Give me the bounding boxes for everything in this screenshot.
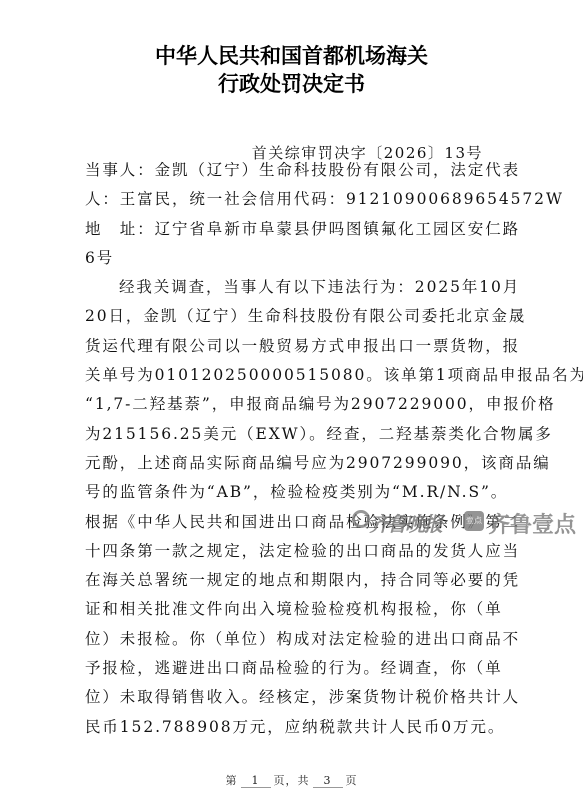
body-line: 经我关调查，当事人有以下违法行为：2025年10月 [85,273,489,302]
footer-prefix: 第 [226,774,238,787]
footer-suffix: 页 [346,774,358,787]
party-line-1: 当事人：金凯（辽宁）生命科技股份有限公司，法定代表 [85,156,489,185]
body-line: 十四条第一款之规定，法定检验的出口商品的发货人应当 [85,537,489,566]
address-line-2: 6号 [85,244,489,273]
body-line: 位）未报检。你（单位）构成对法定检验的进出口商品不 [85,625,489,654]
document-body: 当事人：金凯（辽宁）生命科技股份有限公司，法定代表 人：王富民，统一社会信用代码… [85,156,489,742]
party-line-2: 人：王富民，统一社会信用代码：91210900689654572W [85,185,489,214]
body-line: 证和相关批准文件向出入境检验检疫机构报检，你（单 [85,595,489,624]
body-line: 为215156.25美元（EXW）。经查，二羟基萘类化合物属多 [85,420,489,449]
page-footer: 第1页，共3页 [0,772,583,788]
document-title-line2: 行政处罚决定书 [0,68,583,98]
body-line: 民币152.788908万元，应纳税款共计人民币0万元。 [85,713,489,742]
body-line: 20日，金凯（辽宁）生命科技股份有限公司委托北京金晟 [85,302,489,331]
document-title-line1: 中华人民共和国首都机场海关 [0,40,583,70]
body-line: “1,7-二羟基萘”，申报商品编号为2907229000，申报价格 [85,390,489,419]
body-line: 位）未取得销售收入。经核定，涉案货物计税价格共计人 [85,683,489,712]
body-line: 货运代理有限公司以一般贸易方式申报出口一票货物，报 [85,332,489,361]
address-line-1: 地 址：辽宁省阜新市阜蒙县伊吗图镇氟化工园区安仁路 [85,215,489,244]
body-line: 根据《中华人民共和国进出口商品检验法实施条例》第二 [85,508,489,537]
current-page-number: 1 [241,774,271,788]
body-line: 在海关总署统一规定的地点和期限内，持合同等必要的凭 [85,566,489,595]
body-line: 号的监管条件为“AB”，检验检疫类别为“M.R/N.S”。 [85,478,489,507]
footer-middle: 页，共 [274,774,310,787]
body-line: 元酚，上述商品实际商品编号应为2907299090，该商品编 [85,449,489,478]
total-page-count: 3 [313,774,343,788]
body-line: 予报检，逃避进出口商品检验的行为。经调查，你（单 [85,654,489,683]
body-line: 关单号为010120250000515080。该单第1项商品申报品名为 [85,361,489,390]
